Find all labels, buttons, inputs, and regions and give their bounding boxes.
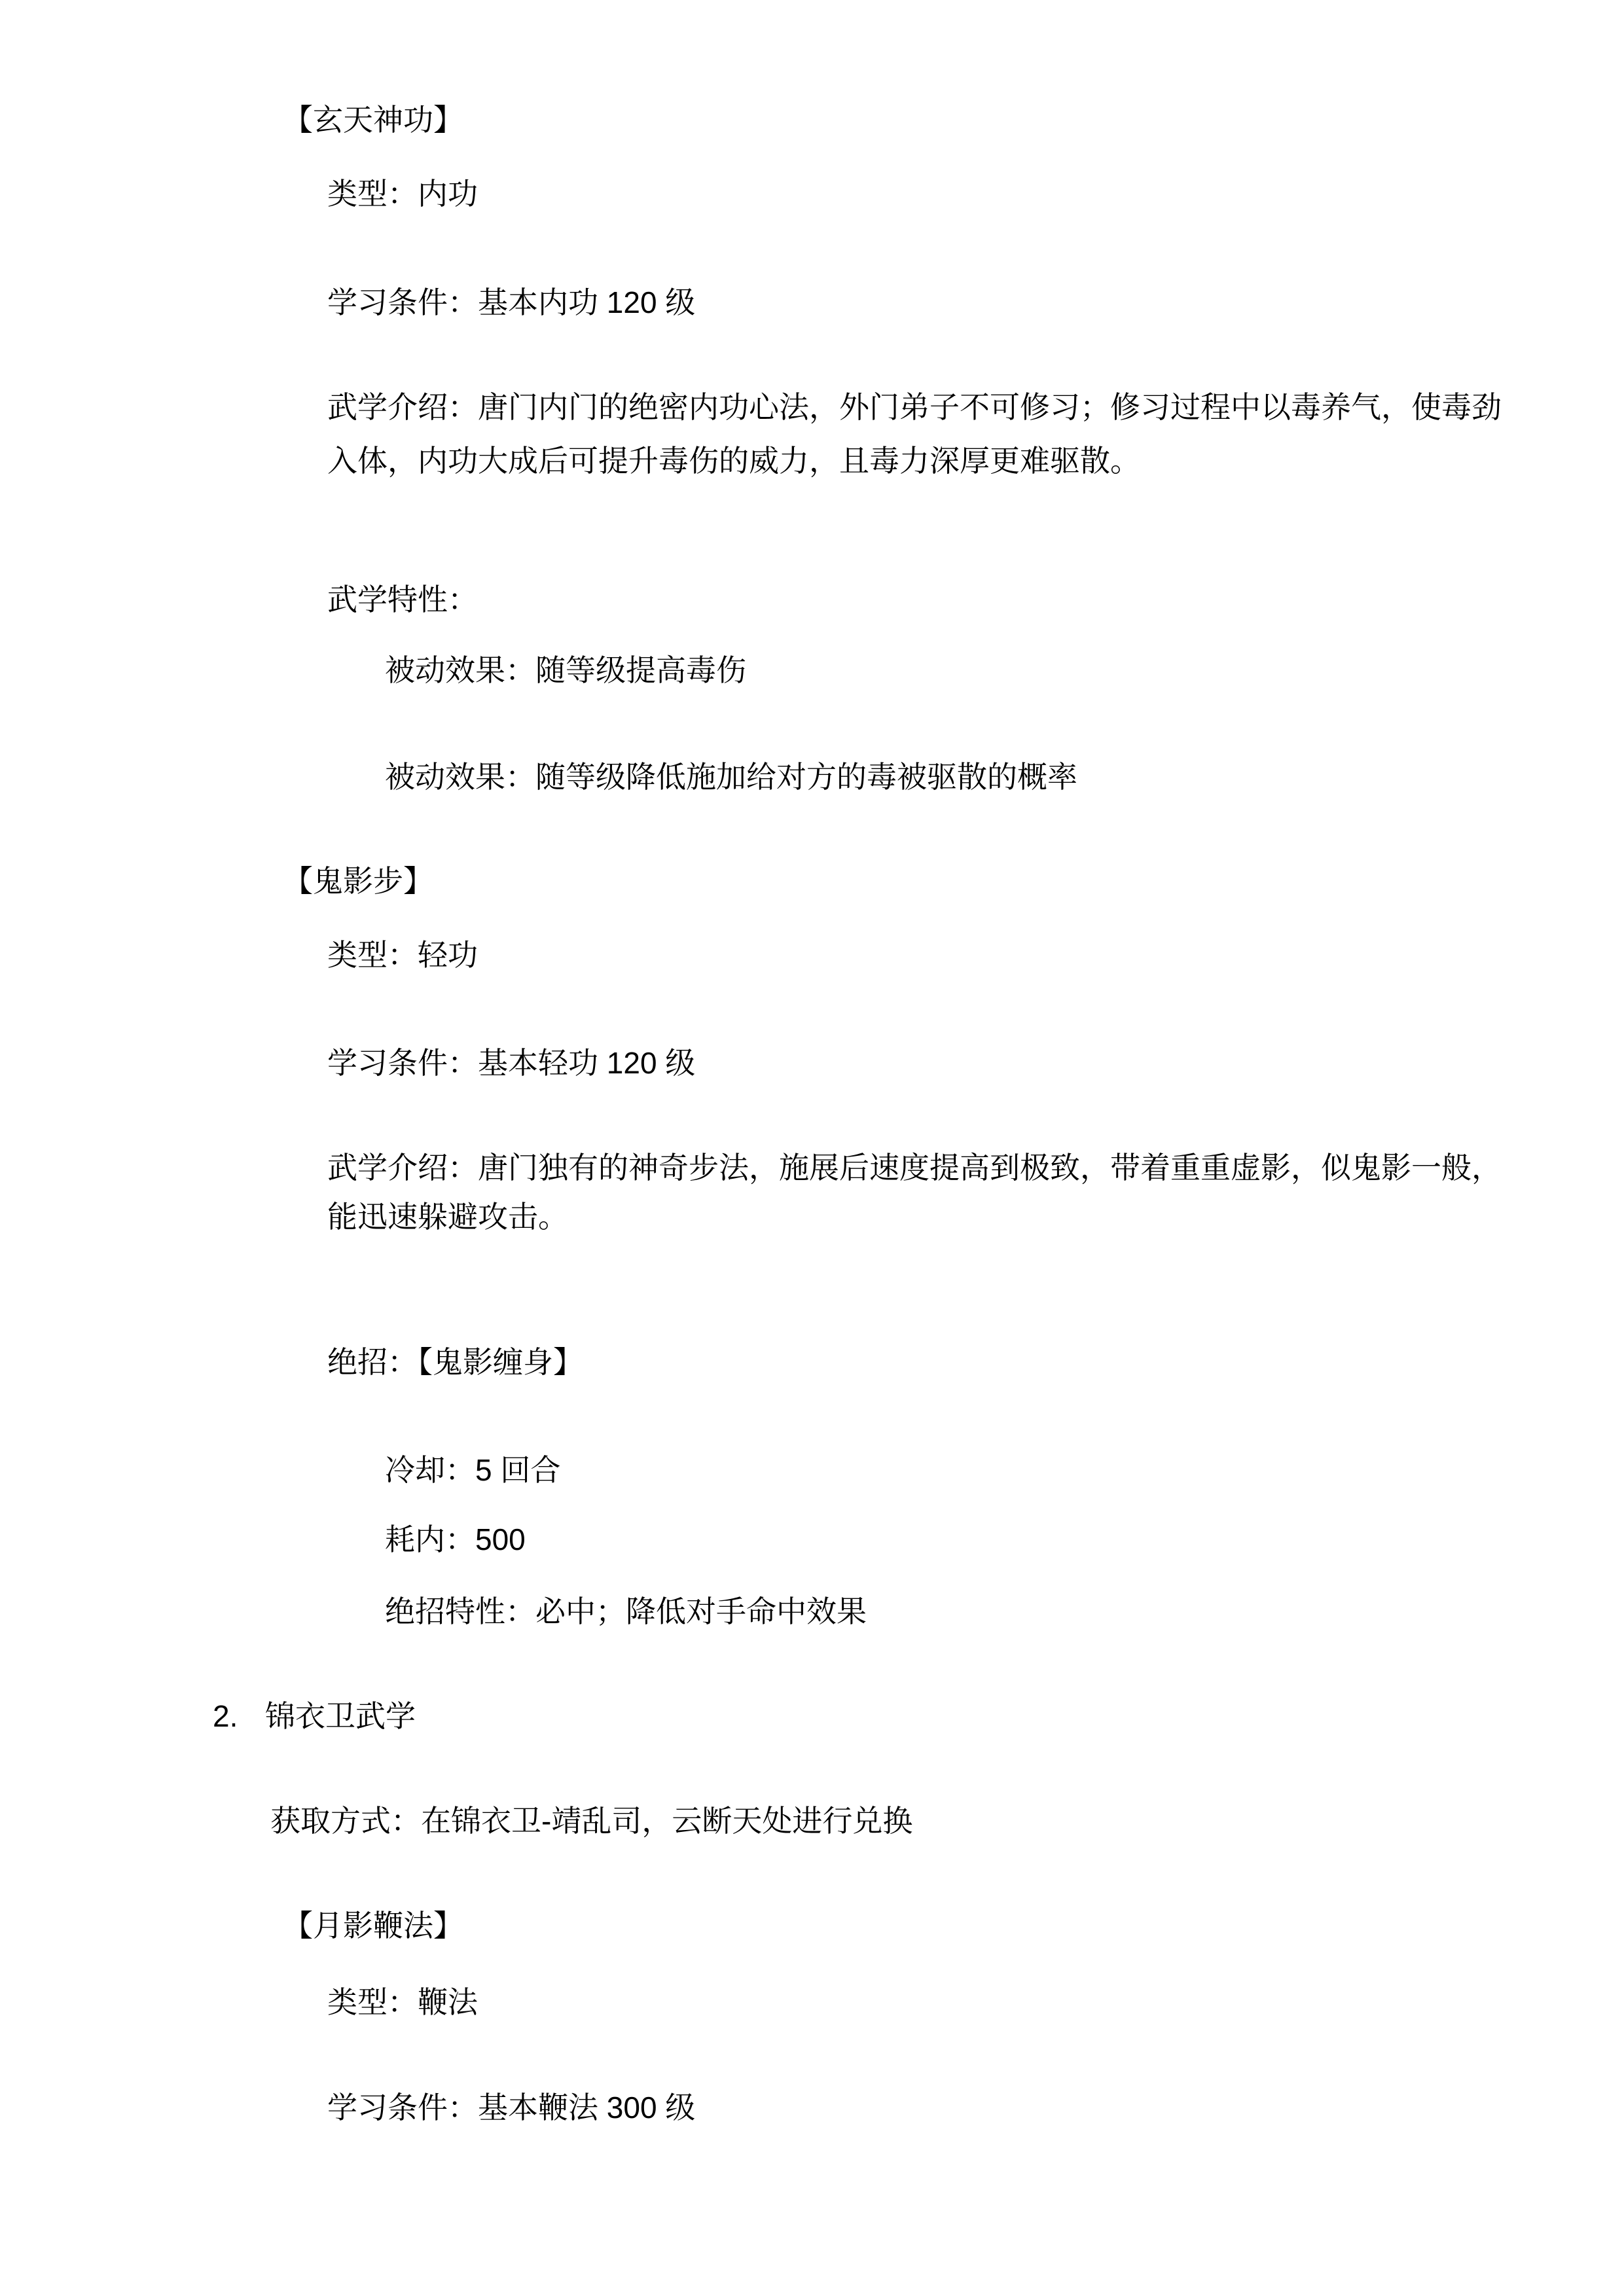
skill-3-title: 【月影鞭法】 [283, 1910, 463, 1941]
skill-2-requirement: 学习条件：基本轻功 120 级 [327, 1048, 695, 1078]
section-2-number: 2. [213, 1701, 265, 1731]
skill-1-title: 【玄天神功】 [283, 105, 463, 135]
skill-2-intro-line-1: 武学介绍：唐门独有的神奇步法，施展后速度提高到极致，带着重重虚影，似鬼影一般， [327, 1153, 1502, 1183]
skill-1-intro-line-1: 武学介绍：唐门内门的绝密内功心法，外门弟子不可修习；修习过程中以毒养气，使毒劲 [327, 392, 1502, 422]
skill-2-ultimate-traits: 绝招特性：必中；降低对手命中效果 [385, 1596, 867, 1626]
acquisition-line: 获取方式：在锦衣卫-靖乱司，云断天处进行兑换 [270, 1806, 912, 1836]
skill-1-traits-label: 武学特性： [327, 584, 478, 615]
section-2-item: 2.锦衣卫武学 [213, 1701, 416, 1731]
skill-1-passive-1: 被动效果：随等级提高毒伤 [385, 655, 746, 685]
skill-1-intro-line-2: 入体，内功大成后可提升毒伤的威力，且毒力深厚更难驱散。 [327, 446, 1140, 476]
skill-1-requirement: 学习条件：基本内功 120 级 [327, 287, 695, 317]
skill-3-type: 类型：鞭法 [327, 1987, 478, 2017]
skill-2-ultimate-title: 绝招：【鬼影缠身】 [327, 1347, 583, 1377]
skill-1-passive-2: 被动效果：随等级降低施加给对方的毒被驱散的概率 [385, 762, 1077, 792]
skill-2-ultimate-cost: 耗内：500 [385, 1524, 526, 1554]
skill-1-type: 类型：内功 [327, 179, 478, 209]
skill-2-title: 【鬼影步】 [283, 866, 433, 896]
section-2-label: 锦衣卫武学 [265, 1699, 416, 1733]
skill-2-intro-line-2: 能迅速躲避攻击。 [327, 1202, 568, 1232]
skill-2-type: 类型：轻功 [327, 940, 478, 970]
document-page: 【玄天神功】 类型：内功 学习条件：基本内功 120 级 武学介绍：唐门内门的绝… [0, 0, 1624, 2296]
skill-2-ultimate-cooldown: 冷却：5 回合 [385, 1455, 560, 1485]
skill-3-requirement: 学习条件：基本鞭法 300 级 [327, 2092, 695, 2123]
